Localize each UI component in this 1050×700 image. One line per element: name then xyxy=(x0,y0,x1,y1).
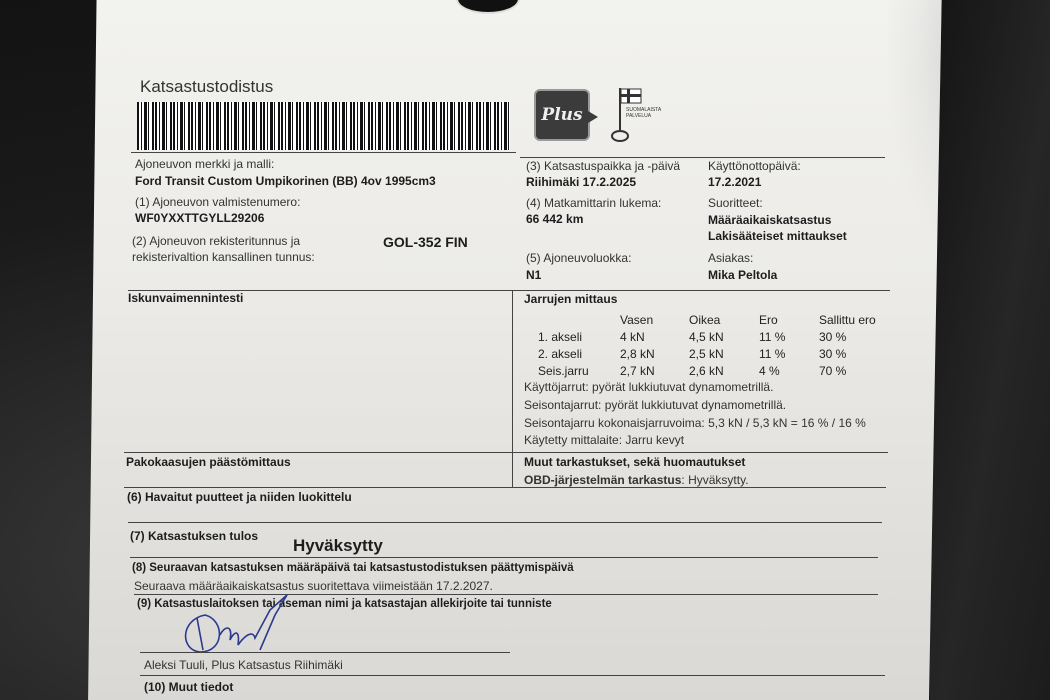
obd-label: OBD-järjestelmän tarkastus xyxy=(524,473,681,487)
divider xyxy=(140,675,885,676)
service-item: Määräaikaiskatsastus xyxy=(708,213,831,227)
brake-note: Käyttöjarrut: pyörät lukkiutuvat dynamom… xyxy=(524,380,773,394)
brake-note: Seisontajarru kokonaisjarruvoima: 5,3 kN… xyxy=(524,416,866,430)
odometer-value: 66 442 km xyxy=(526,212,583,226)
cell: 2,7 kN xyxy=(620,362,689,379)
divider xyxy=(128,522,882,523)
customer-label: Asiakas: xyxy=(708,251,753,265)
col-header: Oikea xyxy=(689,311,759,328)
signer-name: Aleksi Tuuli, Plus Katsastus Riihimäki xyxy=(144,658,343,672)
first-use-label: Käyttönottopäivä: xyxy=(708,159,801,173)
cell: Seis.jarru xyxy=(538,362,620,379)
brake-note: Seisontajarrut: pyörät lukkiutuvat dynam… xyxy=(524,398,786,412)
quality-mark-text: SUOMALAISTA PALVELUA xyxy=(626,107,661,119)
cell: 70 % xyxy=(819,362,899,379)
class-value: N1 xyxy=(526,268,541,282)
place-date-label: (3) Katsastuspaikka ja -päivä xyxy=(526,159,680,173)
other-checks-heading: Muut tarkastukset, sekä huomautukset xyxy=(524,455,745,469)
divider xyxy=(124,452,888,453)
reg-value: GOL-352 FIN xyxy=(383,234,468,250)
make-model-label: Ajoneuvon merkki ja malli: xyxy=(135,157,274,171)
make-model-value: Ford Transit Custom Umpikorinen (BB) 4ov… xyxy=(135,174,436,188)
cell: 4,5 kN xyxy=(689,328,759,345)
col-header xyxy=(538,311,620,328)
customer-value: Mika Peltola xyxy=(708,268,777,282)
brake-table: Vasen Oikea Ero Sallittu ero 1. akseli 4… xyxy=(538,311,899,379)
col-header: Ero xyxy=(759,311,819,328)
place-date-value: Riihimäki 17.2.2025 xyxy=(526,175,636,189)
divider xyxy=(520,157,885,158)
signature-line xyxy=(140,652,510,653)
result-value: Hyväksytty xyxy=(293,536,383,556)
brake-note: Käytetty mittalaite: Jarru kevyt xyxy=(524,433,684,447)
quality-mark-line2: PALVELUA xyxy=(626,113,661,119)
column-divider xyxy=(512,290,513,488)
table-row: 2. akseli 2,8 kN 2,5 kN 11 % 30 % xyxy=(538,345,899,362)
col-header: Vasen xyxy=(620,311,689,328)
obd-value: : Hyväksytty. xyxy=(681,473,748,487)
vin-value: WF0YXXTTGYLL29206 xyxy=(135,211,264,225)
col-header: Sallittu ero xyxy=(819,311,899,328)
cell: 11 % xyxy=(759,328,819,345)
vin-label: (1) Ajoneuvon valmistenumero: xyxy=(135,195,300,209)
odometer-label: (4) Matkamittarin lukema: xyxy=(526,196,661,210)
table-row: 1. akseli 4 kN 4,5 kN 11 % 30 % xyxy=(538,328,899,345)
divider xyxy=(130,557,878,558)
emissions-heading: Pakokaasujen päästömittaus xyxy=(126,455,291,469)
shock-test-heading: Iskunvaimennintesti xyxy=(128,291,243,305)
cell: 2,5 kN xyxy=(689,345,759,362)
divider xyxy=(124,487,886,488)
cell: 2,8 kN xyxy=(620,345,689,362)
obd-check: OBD-järjestelmän tarkastus: Hyväksytty. xyxy=(524,473,749,487)
table-header: Vasen Oikea Ero Sallittu ero xyxy=(538,311,899,328)
signature-scribble xyxy=(175,590,315,660)
reg-label-line2: rekisterivaltion kansallinen tunnus: xyxy=(132,250,315,264)
result-heading: (7) Katsastuksen tulos xyxy=(130,529,258,543)
cell: 11 % xyxy=(759,345,819,362)
next-inspection-heading: (8) Seuraavan katsastuksen määräpäivä ta… xyxy=(132,562,574,574)
punch-hole xyxy=(456,0,520,14)
cell: 30 % xyxy=(819,328,899,345)
service-item: Lakisääteiset mittaukset xyxy=(708,229,847,243)
document-title: Katsastustodistus xyxy=(140,77,273,97)
services-label: Suoritteet: xyxy=(708,196,763,210)
reg-label-line1: (2) Ajoneuvon rekisteritunnus ja xyxy=(132,234,300,248)
cell: 4 % xyxy=(759,362,819,379)
barcode xyxy=(137,102,510,150)
cell: 30 % xyxy=(819,345,899,362)
cell: 1. akseli xyxy=(538,328,620,345)
brakes-heading: Jarrujen mittaus xyxy=(524,292,617,306)
divider xyxy=(131,152,516,153)
class-label: (5) Ajoneuvoluokka: xyxy=(526,251,631,265)
first-use-value: 17.2.2021 xyxy=(708,175,761,189)
plus-logo: Plus xyxy=(534,89,590,141)
defects-heading: (6) Havaitut puutteet ja niiden luokitte… xyxy=(127,490,352,504)
other-info-heading: (10) Muut tiedot xyxy=(144,680,233,694)
table-row: Seis.jarru 2,7 kN 2,6 kN 4 % 70 % xyxy=(538,362,899,379)
cell: 2. akseli xyxy=(538,345,620,362)
cell: 2,6 kN xyxy=(689,362,759,379)
background-leather xyxy=(930,0,1050,700)
cell: 4 kN xyxy=(620,328,689,345)
